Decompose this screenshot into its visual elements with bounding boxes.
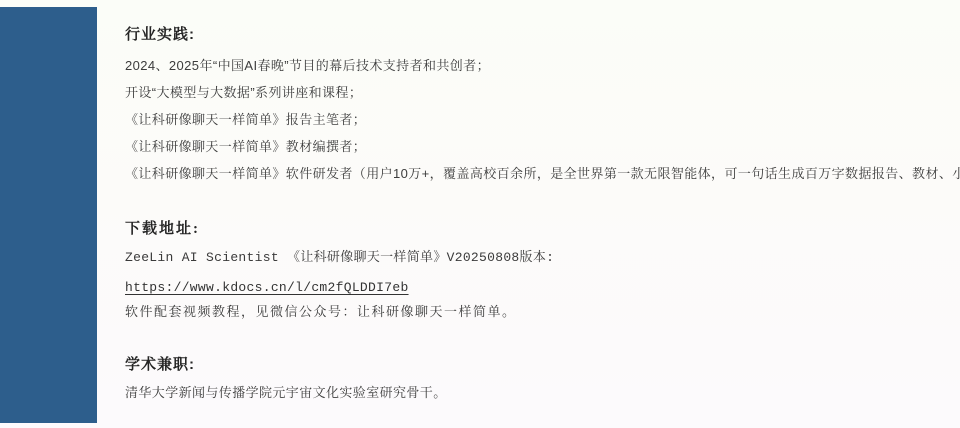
industry-item: 《让科研像聊天一样简单》教材编撰者； [125,139,920,155]
industry-practice-heading: 行业实践: [125,26,920,43]
download-address-heading: 下载地址: [125,221,920,238]
section-download-address: 下载地址: ZeeLin AI Scientist 《让科研像聊天一样简单》V2… [125,221,920,320]
download-url-link[interactable]: https://www.kdocs.cn/l/cm2fQLDDI7eb [125,280,409,295]
industry-item: 开设“大模型与大数据”系列讲座和课程； [125,85,920,101]
document-content: 行业实践: 2024、2025年“中国AI春晚”节目的幕后技术支持者和共创者； … [125,26,920,401]
video-tutorial-note: 软件配套视频教程，见微信公众号：让科研像聊天一样简单。 [125,304,920,320]
document-page: 行业实践: 2024、2025年“中国AI春晚”节目的幕后技术支持者和共创者； … [0,0,960,428]
industry-item: 《让科研像聊天一样简单》软件研发者（用户10万+，覆盖高校百余所，是全世界第一款… [125,166,920,182]
academic-positions-body: 清华大学新闻与传播学院元宇宙文化实验室研究骨干。 [125,385,920,401]
download-url-line: https://www.kdocs.cn/l/cm2fQLDDI7eb [125,279,920,296]
section-industry-practice: 行业实践: 2024、2025年“中国AI春晚”节目的幕后技术支持者和共创者； … [125,26,920,182]
industry-item: 2024、2025年“中国AI春晚”节目的幕后技术支持者和共创者； [125,58,920,74]
section-academic-positions: 学术兼职: 清华大学新闻与传播学院元宇宙文化实验室研究骨干。 [125,356,920,401]
industry-item: 《让科研像聊天一样简单》报告主笔者； [125,112,920,128]
software-version-line: ZeeLin AI Scientist 《让科研像聊天一样简单》V2025080… [125,250,920,266]
left-accent-bar [0,7,97,423]
academic-positions-heading: 学术兼职: [125,356,920,373]
